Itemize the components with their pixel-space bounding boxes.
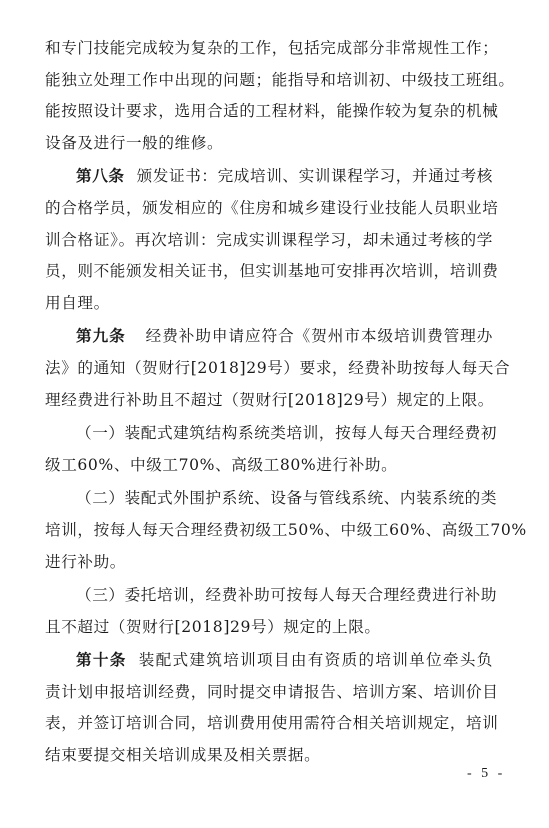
article-9-item-2-line: 进行补助。 [45, 547, 493, 579]
article-8-line: 的合格学员，颁发相应的《住房和城乡建设行业技能人员职业培 [45, 193, 493, 225]
article-8-line: 训合格证》。再次培训：完成实训课程学习，却未通过考核的学 [45, 225, 493, 257]
body-text-line: 和专门技能完成较为复杂的工作，包括完成部分非常规性工作； [45, 33, 493, 65]
article-9-item-3-line: （三）委托培训，经费补助可按每人每天合理经费进行补助 [45, 580, 493, 612]
article-8-line: 员，则不能颁发相关证书，但实训基地可安排再次培训，培训费 [45, 256, 493, 288]
body-text-line: 能按照设计要求，选用合适的工程材料，能操作较为复杂的机械 [45, 96, 493, 128]
article-9-first-line: 第九条经费补助申请应符合《贺州市本级培训费管理办 [45, 321, 493, 353]
article-10-line: 责计划申报培训经费，同时提交申请报告、培训方案、培训价目 [45, 677, 493, 709]
article-9-item-3-line: 且不超过（贺财行[2018]29号）规定的上限。 [45, 612, 493, 644]
body-text-line: 能独立处理工作中出现的问题；能指导和培训初、中级技工班组。 [45, 65, 493, 97]
article-8-heading: 第八条 [76, 167, 125, 185]
article-8-text: 颁发证书：完成培训、实训课程学习，并通过考核 [137, 167, 493, 185]
body-text-line: 设备及进行一般的维修。 [45, 128, 493, 160]
article-9-item-1-line: （一）装配式建筑结构系统类培训，按每人每天合理经费初 [45, 418, 493, 450]
article-8-line: 用自理。 [45, 288, 493, 320]
article-10-heading: 第十条 [76, 651, 127, 669]
article-10-first-line: 第十条装配式建筑培训项目由有资质的培训单位牵头负 [45, 645, 493, 677]
article-10-line: 表，并签订培训合同，培训费用使用需符合相关培训规定，培训 [45, 708, 493, 740]
article-9-heading: 第九条 [76, 327, 126, 345]
document-page: 和专门技能完成较为复杂的工作，包括完成部分非常规性工作； 能独立处理工作中出现的… [45, 33, 493, 772]
article-9-item-1-line: 级工60%、中级工70%、高级工80%进行补助。 [45, 450, 493, 482]
page-number: - 5 - [467, 766, 505, 782]
article-9-item-2-line: （二）装配式外围护系统、设备与管线系统、内装系统的类 [45, 483, 493, 515]
article-9-line: 法》的通知（贺财行[2018]29号）要求，经费补助按每人每天合 [45, 353, 493, 385]
article-9-text: 经费补助申请应符合《贺州市本级培训费管理办 [146, 327, 493, 345]
article-9-line: 理经费进行补助且不超过（贺财行[2018]29号）规定的上限。 [45, 385, 493, 417]
article-8-first-line: 第八条颁发证书：完成培训、实训课程学习，并通过考核 [45, 161, 493, 193]
article-9-item-2-line: 培训，按每人每天合理经费初级工50%、中级工60%、高级工70% [45, 515, 493, 547]
article-10-line: 结束要提交相关培训成果及相关票据。 [45, 740, 493, 772]
article-10-text: 装配式建筑培训项目由有资质的培训单位牵头负 [139, 651, 493, 669]
